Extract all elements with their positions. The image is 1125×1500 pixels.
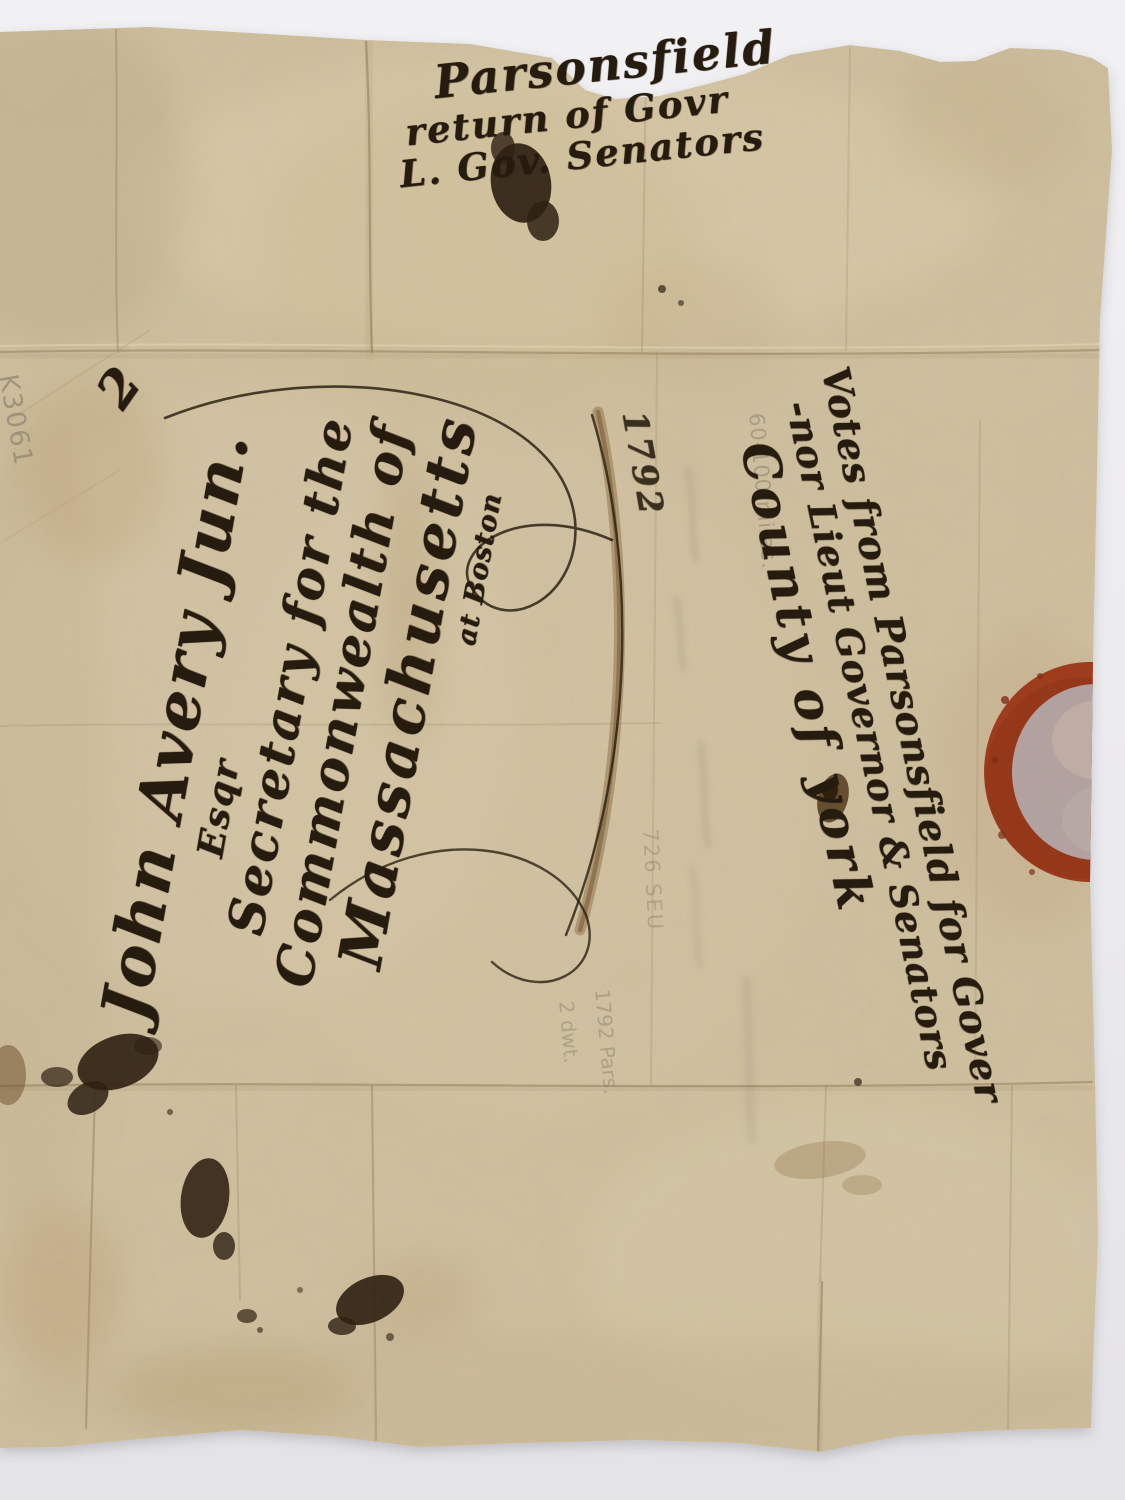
photo-of-folded-letter: Parsonsfield return of Govr L. Gov. Sena… bbox=[0, 0, 1125, 1500]
